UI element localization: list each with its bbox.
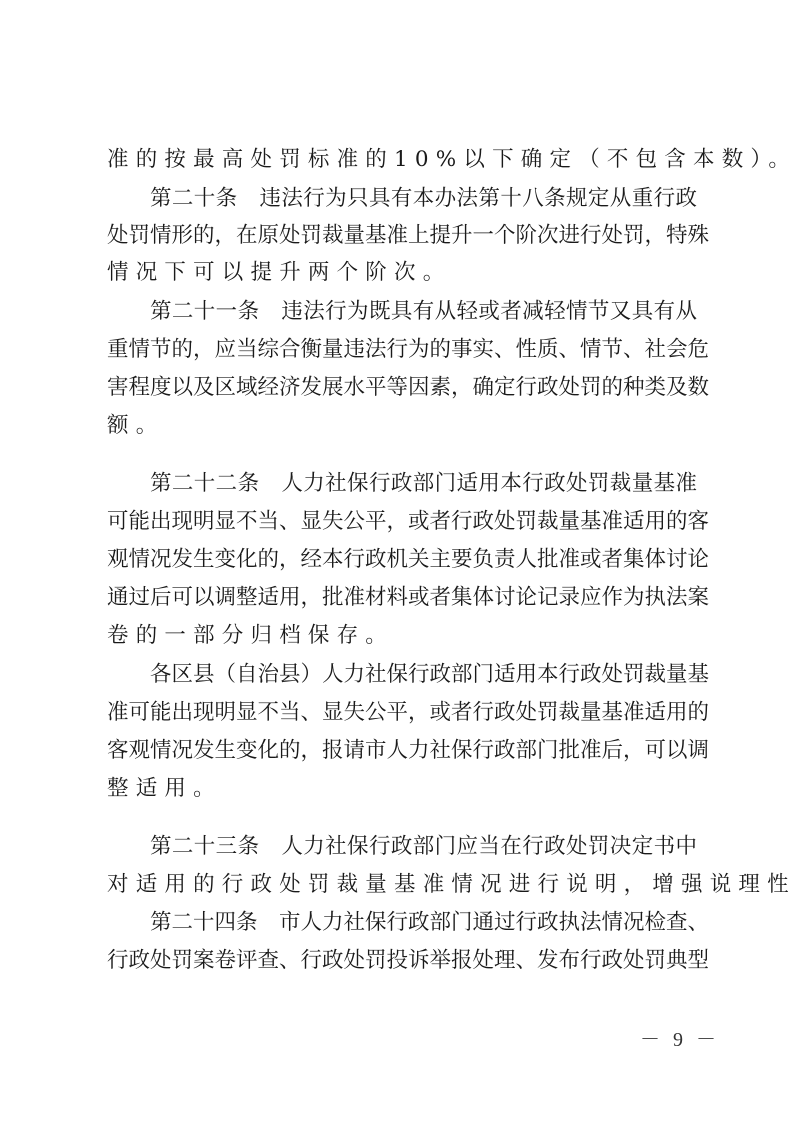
article-22-heading-line: 第二十二条 人力社保行政部门适用本行政处罚裁量基准 bbox=[150, 466, 697, 502]
text-line: 处罚情形的，在原处罚裁量基准上提升一个阶次进行处罚，特殊 bbox=[107, 218, 697, 254]
paragraph-first-line: 各区县（自治县）人力社保行政部门适用本行政处罚裁量基 bbox=[150, 657, 697, 693]
document-page: 准的按最高处罚标准的10%以下确定（不包含本数）。 第二十条 违法行为只具有本办… bbox=[0, 0, 794, 1123]
text-line: 客观情况发生变化的，报请市人力社保行政部门批准后，可以调 bbox=[107, 733, 697, 769]
article-21-heading-line: 第二十一条 违法行为既具有从轻或者减轻情节又具有从 bbox=[150, 294, 697, 330]
text-line: 卷的一部分归档保存。 bbox=[107, 618, 697, 654]
text-line: 额。 bbox=[107, 408, 697, 444]
text-line: 准可能出现明显不当、显失公平，或者行政处罚裁量基准适用的 bbox=[107, 695, 697, 731]
text-line: 可能出现明显不当、显失公平，或者行政处罚裁量基准适用的客 bbox=[107, 504, 697, 540]
text-line: 通过后可以调整适用，批准材料或者集体讨论记录应作为执法案 bbox=[107, 580, 697, 616]
text-line: 观情况发生变化的，经本行政机关主要负责人批准或者集体讨论 bbox=[107, 542, 697, 578]
text-line: 对适用的行政处罚裁量基准情况进行说明，增强说理性。 bbox=[107, 867, 697, 903]
text-line: 行政处罚案卷评查、行政处罚投诉举报处理、发布行政处罚典型 bbox=[107, 943, 697, 979]
text-line: 准的按最高处罚标准的10%以下确定（不包含本数）。 bbox=[107, 142, 697, 178]
text-line: 情况下可以提升两个阶次。 bbox=[107, 255, 697, 291]
article-23-heading-line: 第二十三条 人力社保行政部门应当在行政处罚决定书中 bbox=[150, 829, 697, 865]
page-number: － 9 － bbox=[640, 1025, 720, 1055]
text-line: 重情节的，应当综合衡量违法行为的事实、性质、情节、社会危 bbox=[107, 332, 697, 368]
text-line: 整适用。 bbox=[107, 771, 697, 807]
article-24-heading-line: 第二十四条 市人力社保行政部门通过行政执法情况检查、 bbox=[150, 905, 697, 941]
article-20-heading-line: 第二十条 违法行为只具有本办法第十八条规定从重行政 bbox=[150, 181, 697, 217]
text-line: 害程度以及区域经济发展水平等因素，确定行政处罚的种类及数 bbox=[107, 370, 697, 406]
